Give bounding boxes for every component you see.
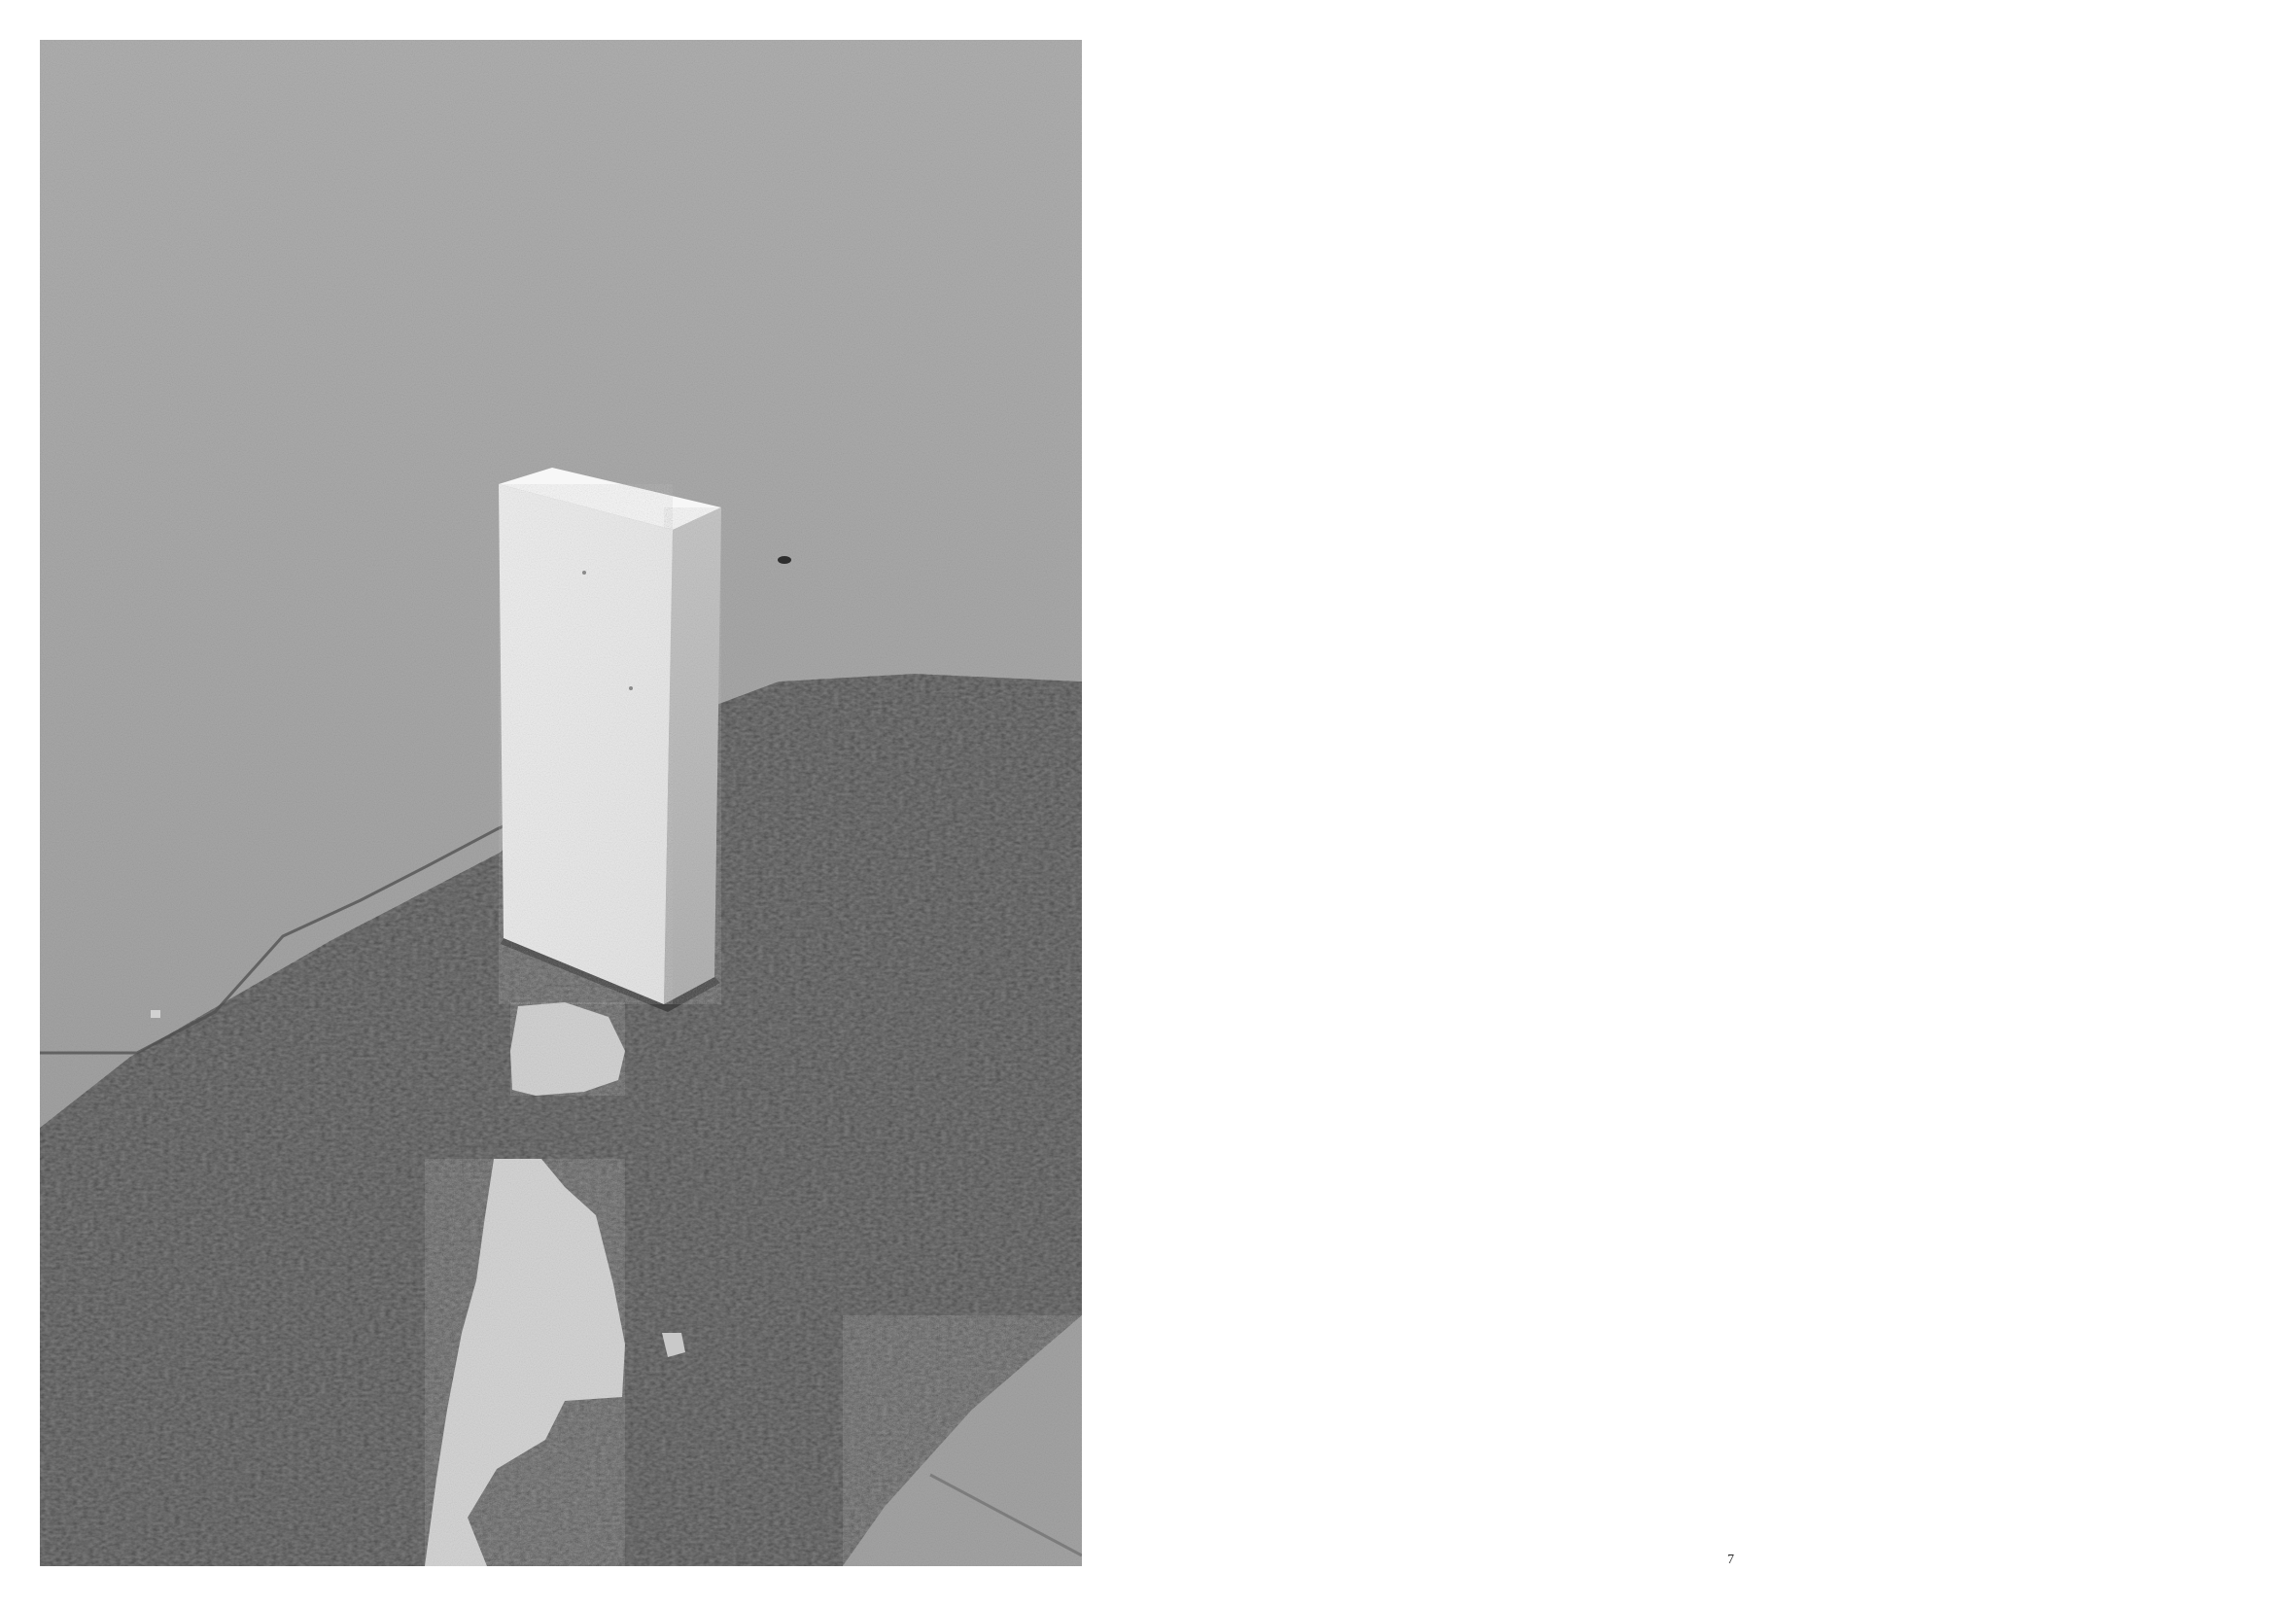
right-page [1148,0,2296,1607]
photo-graphic [40,40,1082,1566]
photograph [40,40,1082,1566]
page-number: 7 [1727,1553,1734,1568]
left-page [0,0,1148,1607]
book-spread: 7 [0,0,2296,1607]
